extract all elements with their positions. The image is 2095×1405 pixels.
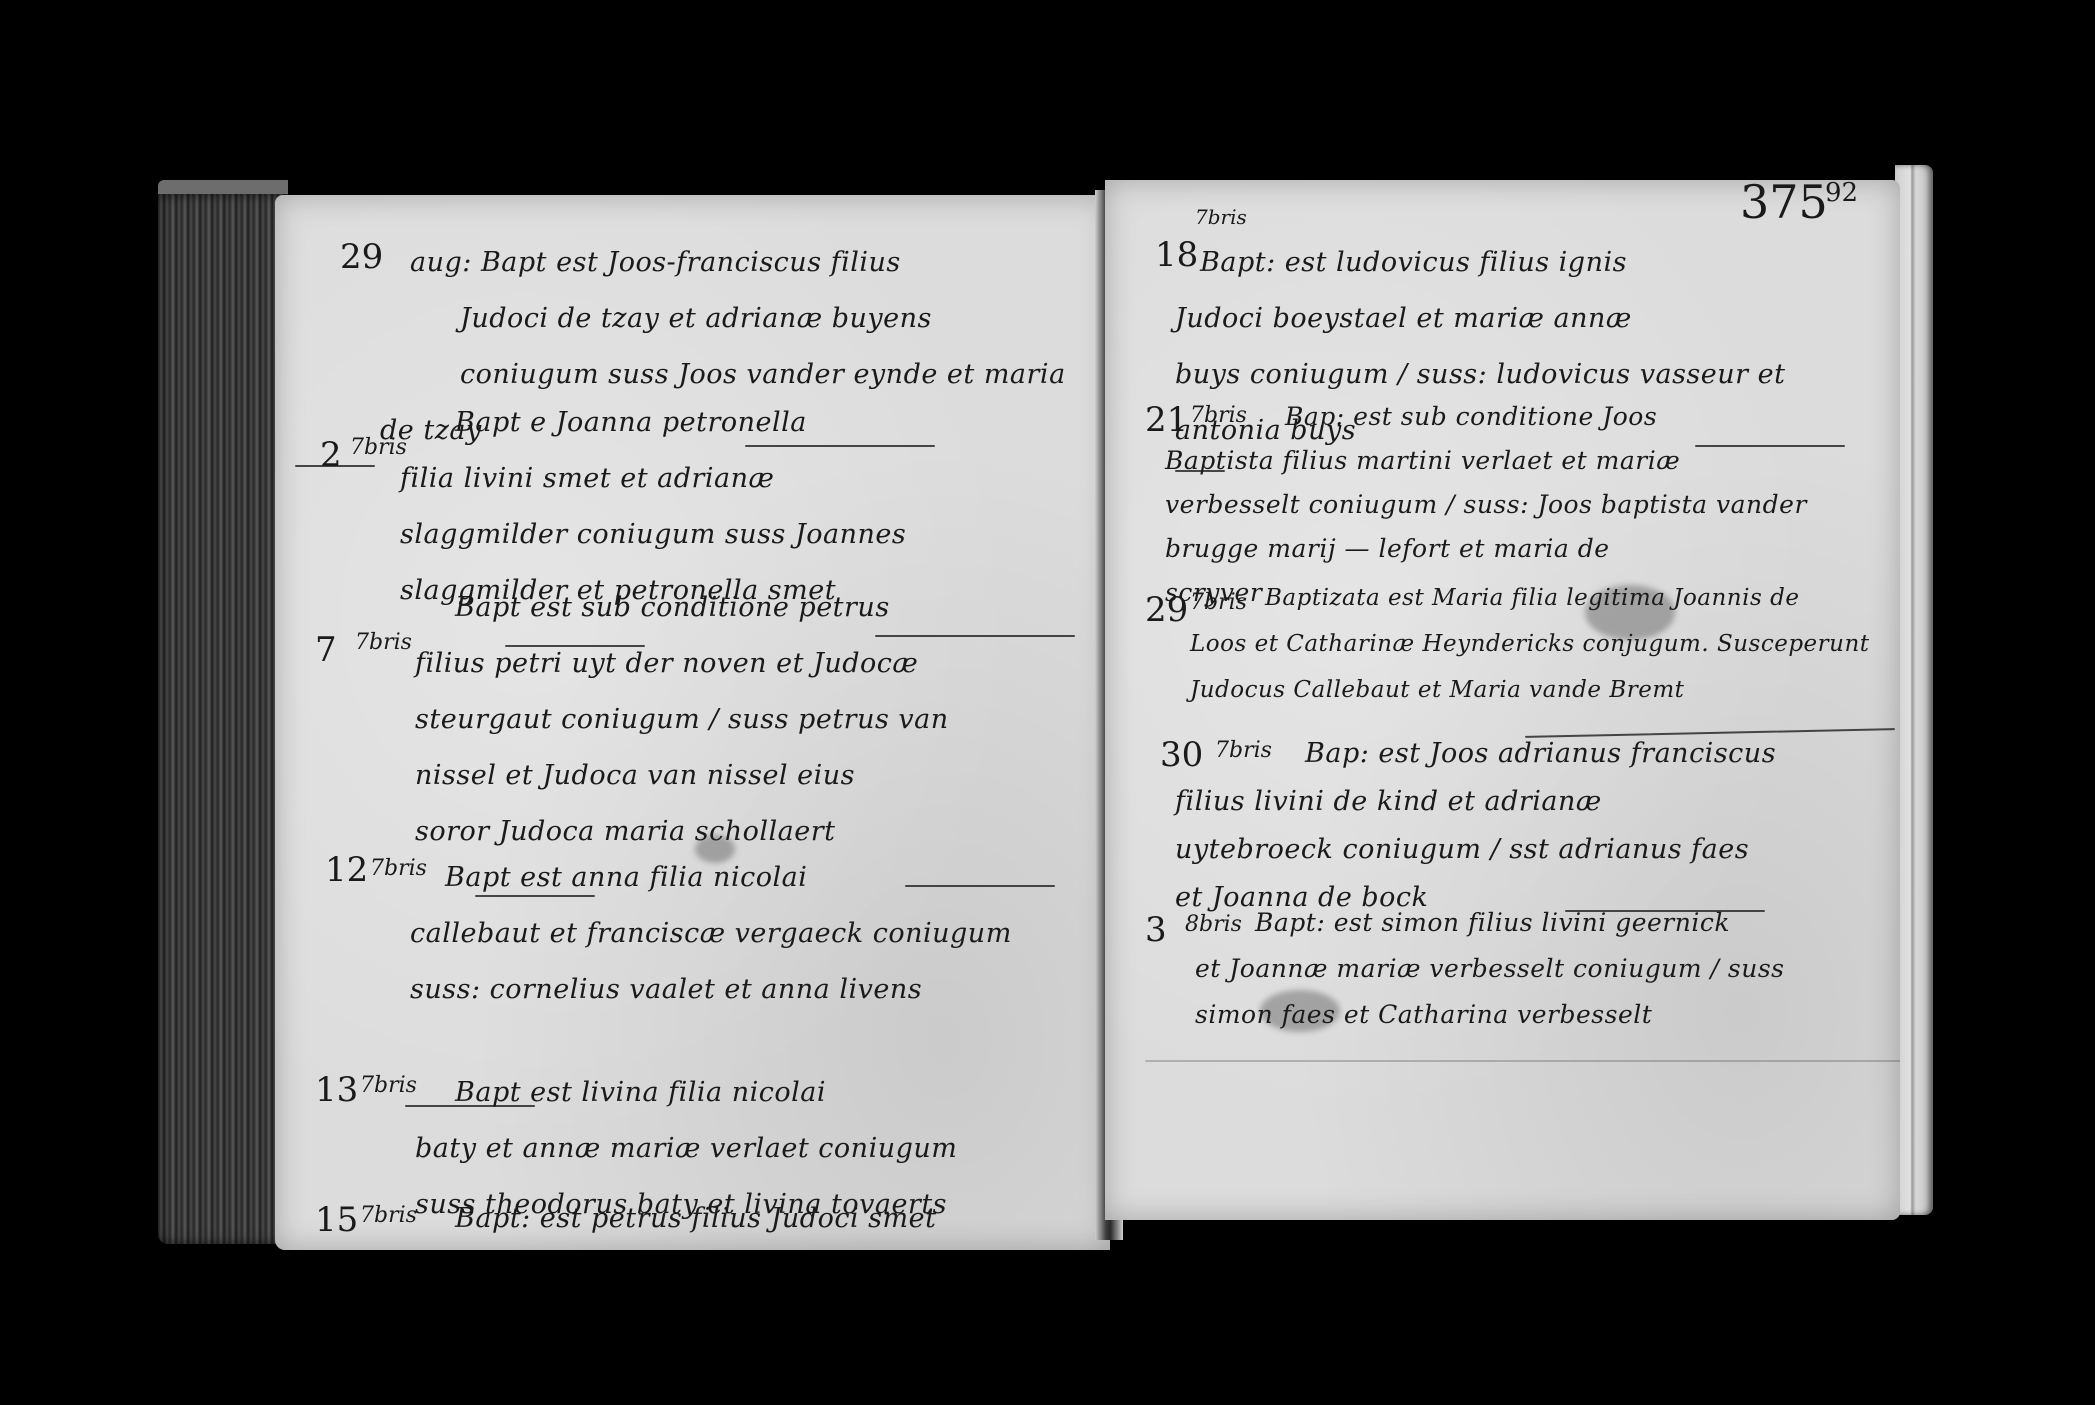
entry-text: Bap: est Joos adrianus franciscus filius…	[1305, 730, 1776, 922]
entry-month: 7bris	[1195, 205, 1247, 229]
entry-line: filia livini smet et adrianæ	[400, 451, 906, 507]
entry-line: filius livini de kind et adrianæ	[1175, 778, 1776, 826]
entry-line: Bapt: est petrus filius Judoci smet	[455, 1195, 1050, 1243]
entry-text: Bapt: est petrus filius Judoci smet et p…	[455, 1195, 1050, 1250]
entry-line: Bapt: est simon filius livini geernick	[1255, 900, 1785, 946]
entry-line: Judoci boeystael et mariæ annæ	[1175, 291, 1785, 347]
entry-line: Baptizata est Maria filia legitima Joann…	[1265, 575, 1870, 621]
entry-line: nissel et Judoca van nissel eius	[415, 748, 949, 804]
left-page: 29 aug: Bapt est Joos-franciscus filius …	[275, 195, 1110, 1250]
entry-line: Bapt est anna filia nicolai	[445, 850, 1012, 906]
right-page-edges	[1895, 165, 1933, 1215]
entry-text: Baptizata est Maria filia legitima Joann…	[1265, 575, 1870, 713]
left-page-edges	[158, 180, 288, 1244]
entry-month: 7bris	[355, 630, 412, 655]
open-register-book: 29 aug: Bapt est Joos-franciscus filius …	[0, 0, 2095, 1405]
entry-month: 7bris	[360, 1203, 417, 1228]
entry-line: Bapt est sub conditione petrus	[455, 580, 949, 636]
entry-line: Judocus Callebaut et Maria vande Bremt	[1190, 667, 1870, 713]
entry-text: Bapt est anna filia nicolai callebaut et…	[445, 850, 1012, 1018]
entry-month: 7bris	[1190, 590, 1247, 615]
entry-month: 7bris	[350, 435, 407, 460]
entry-line: uytebroeck coniugum / sst adrianus faes	[1175, 826, 1776, 874]
entry-line: filius petri uyt der noven et Judocæ	[415, 636, 949, 692]
entry-line: Baptista filius martini verlaet et mariæ	[1165, 439, 1807, 483]
entry-line: Loos et Catharinæ Heyndericks conjugum. …	[1190, 621, 1870, 667]
folio-secondary-number: 92	[1825, 180, 1858, 208]
entry-month: 7bris	[1190, 403, 1247, 428]
entry-date: 21	[1145, 400, 1188, 440]
entry-month: 7bris	[360, 1073, 417, 1098]
right-page: 375 92 18 7bris Bapt: est ludovicus fili…	[1105, 180, 1900, 1220]
entry-line: Judoci de tzay et adrianæ buyens	[460, 291, 1066, 347]
entry-month: 7bris	[1215, 738, 1272, 763]
entry-line: steurgaut coniugum / suss petrus van	[415, 692, 949, 748]
entry-text: Bapt est sub conditione petrus filius pe…	[455, 580, 949, 860]
entry-date: 12	[325, 850, 368, 890]
entry-date: 13	[315, 1070, 358, 1110]
entry-line: suss: cornelius vaalet et anna livens	[410, 962, 1012, 1018]
entry-date: 2	[320, 435, 342, 475]
entry-line: Bapt e Joanna petronella	[455, 395, 906, 451]
entry-date: 7	[315, 630, 337, 670]
entry-date: 29	[1145, 590, 1188, 630]
entry-date: 3	[1145, 910, 1167, 950]
entry-line: aug: Bapt est Joos-franciscus filius	[410, 235, 1066, 291]
folio-number: 375	[1740, 180, 1828, 229]
entry-line: simon faes et Catharina verbesselt	[1195, 992, 1785, 1038]
entry-line: et Joannæ mariæ verbesselt coniugum / su…	[1195, 946, 1785, 992]
entry-line: Bapt est livina filia nicolai	[455, 1065, 957, 1121]
entry-line: Bapt: est ludovicus filius ignis	[1200, 235, 1785, 291]
entry-date: 15	[315, 1200, 358, 1240]
entry-line: Bap: est Joos adrianus franciscus	[1305, 730, 1776, 778]
entry-line: brugge marij — lefort et maria de	[1165, 527, 1807, 571]
entry-line: baty et annæ mariæ verlaet coniugum	[415, 1121, 957, 1177]
entry-date: 18	[1155, 235, 1198, 275]
faint-ruling	[1145, 1060, 1900, 1062]
entry-line: callebaut et franciscæ vergaeck coniugum	[410, 906, 1012, 962]
entry-date: 29	[340, 237, 383, 277]
entry-line: verbesselt coniugum / suss: Joos baptist…	[1165, 483, 1807, 527]
entry-month: 8bris	[1185, 912, 1242, 937]
entry-line: slaggmilder coniugum suss Joannes	[400, 507, 906, 563]
entry-date: 30	[1160, 735, 1203, 775]
entry-text: Bapt: est simon filius livini geernick e…	[1255, 900, 1785, 1038]
entry-line: Bap: est sub conditione Joos	[1285, 395, 1807, 439]
entry-line: et petronellæ de rinder coniugum suss pe…	[400, 1243, 1050, 1250]
entry-month: 7bris	[370, 856, 427, 881]
